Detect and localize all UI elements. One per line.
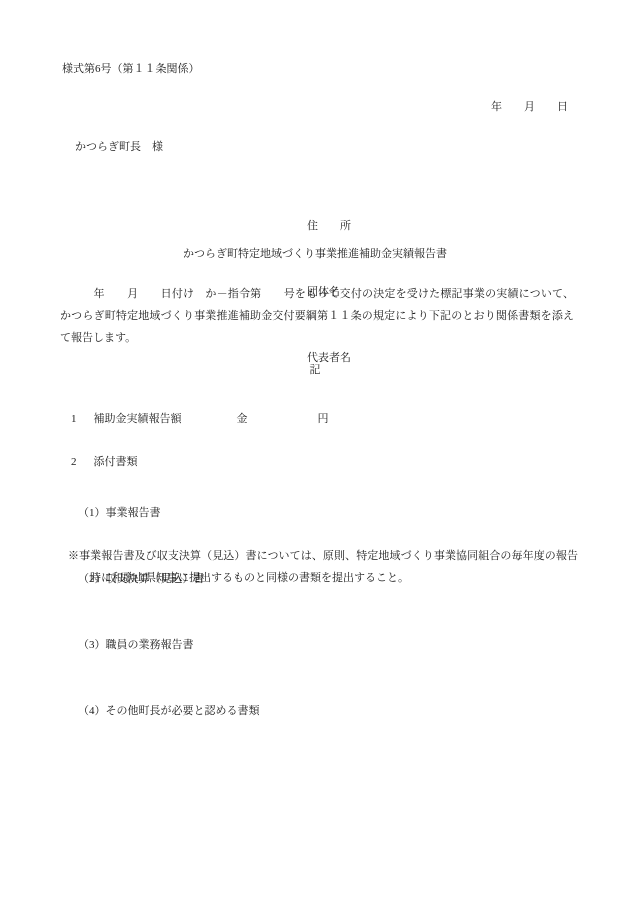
item1-subsidy-amount-line: 1補助金実績報告額金円: [60, 398, 329, 438]
date-line: 年 月 日: [491, 98, 568, 114]
record-mark: 記: [0, 361, 630, 377]
attachments-note: ※事業報告書及び収支決算（見込）書については、原則、特定地域づくり事業協同組合の…: [68, 545, 578, 589]
item2-number: 2: [71, 456, 77, 468]
attachment-item-1: （1）事業報告書: [78, 502, 260, 524]
item1-currency-prefix: 金: [237, 413, 248, 425]
document-page: 様式第6号（第１１条関係） 年 月 日 かつらぎ町長 様 住 所 団体名 代表者…: [0, 0, 630, 903]
document-title: かつらぎ町特定地域づくり事業推進補助金実績報告書: [0, 245, 630, 261]
item1-currency-unit: 円: [318, 413, 329, 425]
sender-address-field: 住 所: [307, 215, 351, 237]
form-number: 様式第6号（第１１条関係）: [62, 60, 200, 76]
attachment-item-4: （4）その他町長が必要と認める書類: [78, 700, 260, 722]
attachments-list: （1）事業報告書 （2）収支決算（見込）書 （3）職員の業務報告書 （4）その他…: [78, 458, 260, 766]
attachment-item-3: （3）職員の業務報告書: [78, 634, 260, 656]
item1-label: 補助金実績報告額: [94, 413, 182, 425]
item1-number: 1: [71, 413, 77, 425]
body-paragraph: 年 月 日付け か－指令第 号をもって交付の決定を受けた標記事業の実績について、…: [60, 283, 574, 349]
addressee-line: かつらぎ町長 様: [75, 138, 163, 154]
